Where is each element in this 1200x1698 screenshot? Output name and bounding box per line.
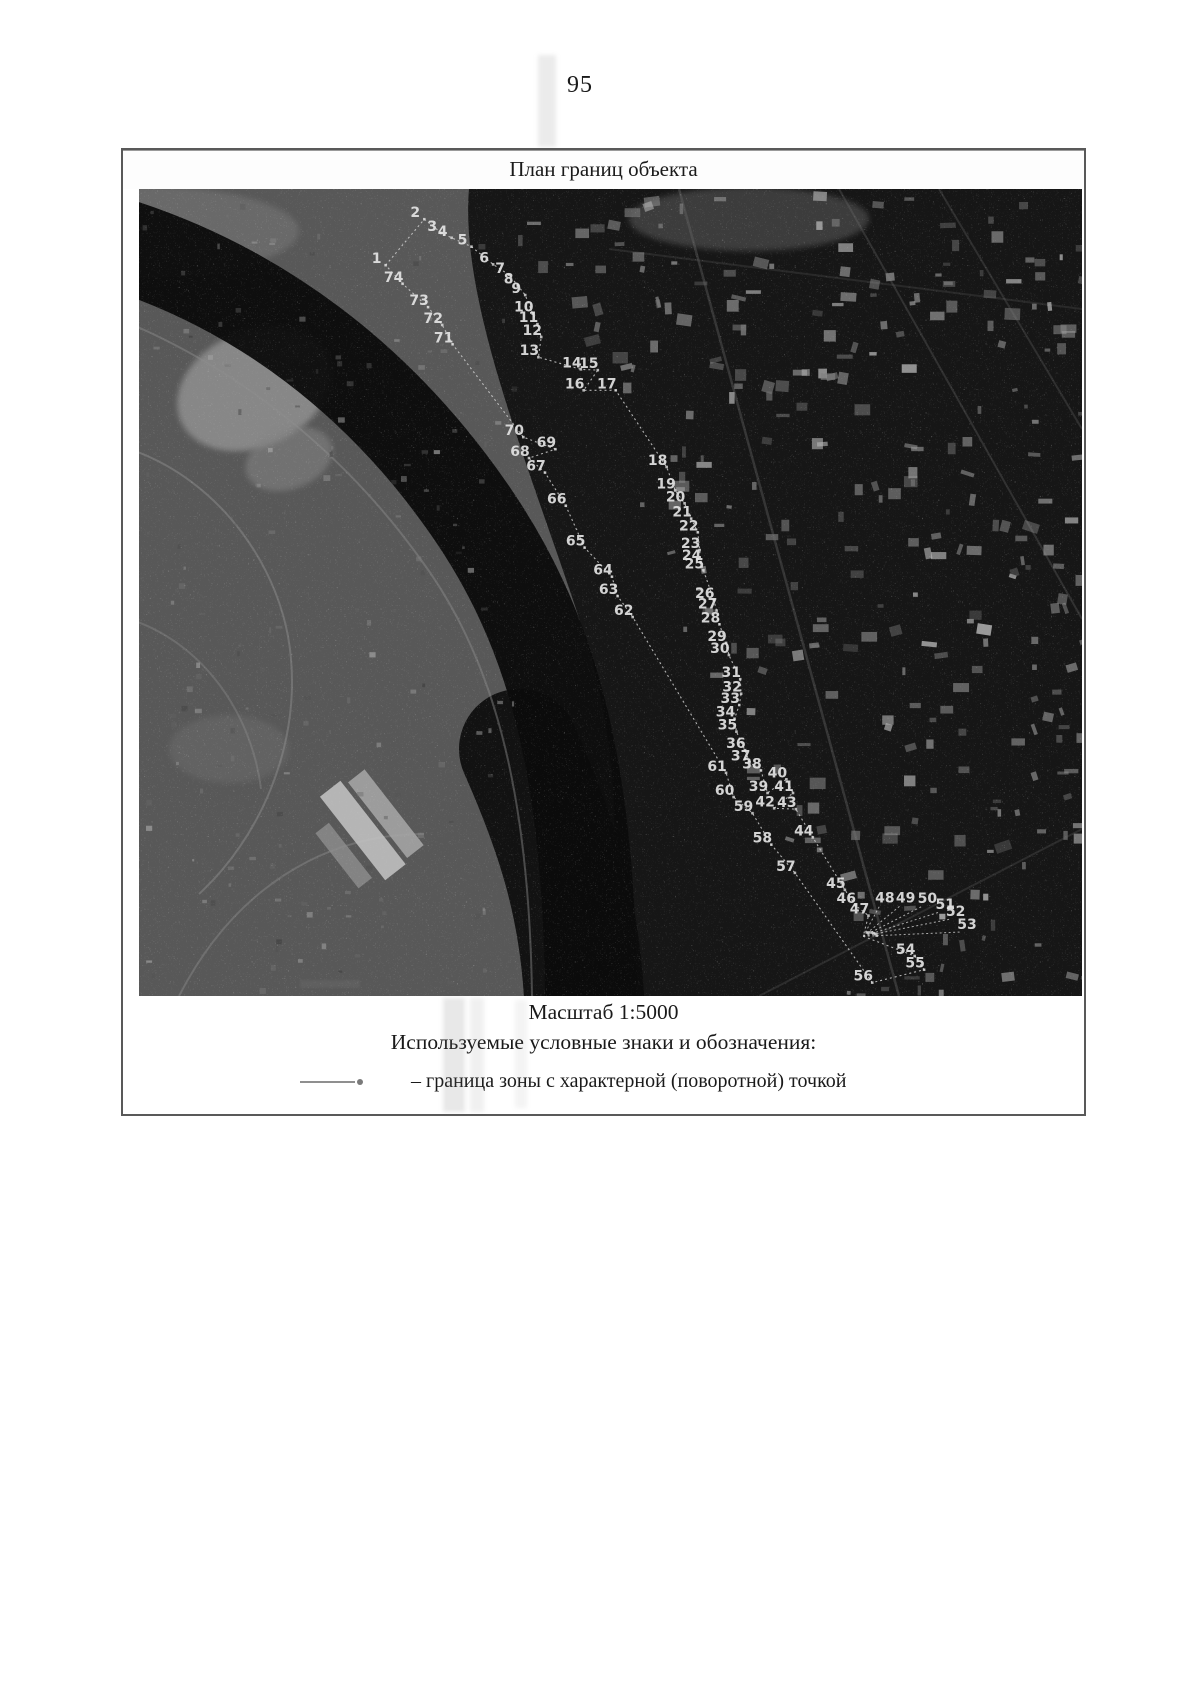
aerial-photo-map: 1234567891011121314151617181920212223242… xyxy=(139,189,1082,996)
plan-figure: План границ объекта xyxy=(121,148,1086,1116)
legend-item-label: – граница зоны с характерной (поворотной… xyxy=(411,1070,846,1093)
scale-caption: Масштаб 1:5000 xyxy=(123,999,1084,1026)
figure-caption: Масштаб 1:5000 Используемые условные зна… xyxy=(123,999,1084,1093)
map-area: 1234567891011121314151617181920212223242… xyxy=(139,189,1082,996)
legend-item: – граница зоны с характерной (поворотной… xyxy=(299,1070,1084,1093)
scan-grain xyxy=(139,189,1082,996)
page-number: 95 xyxy=(0,72,1160,99)
boundary-line-symbol xyxy=(299,1076,367,1088)
legend-heading: Используемые условные знаки и обозначени… xyxy=(123,1029,1084,1056)
figure-title: План границ объекта xyxy=(123,150,1084,189)
scan-artifact xyxy=(538,55,556,147)
